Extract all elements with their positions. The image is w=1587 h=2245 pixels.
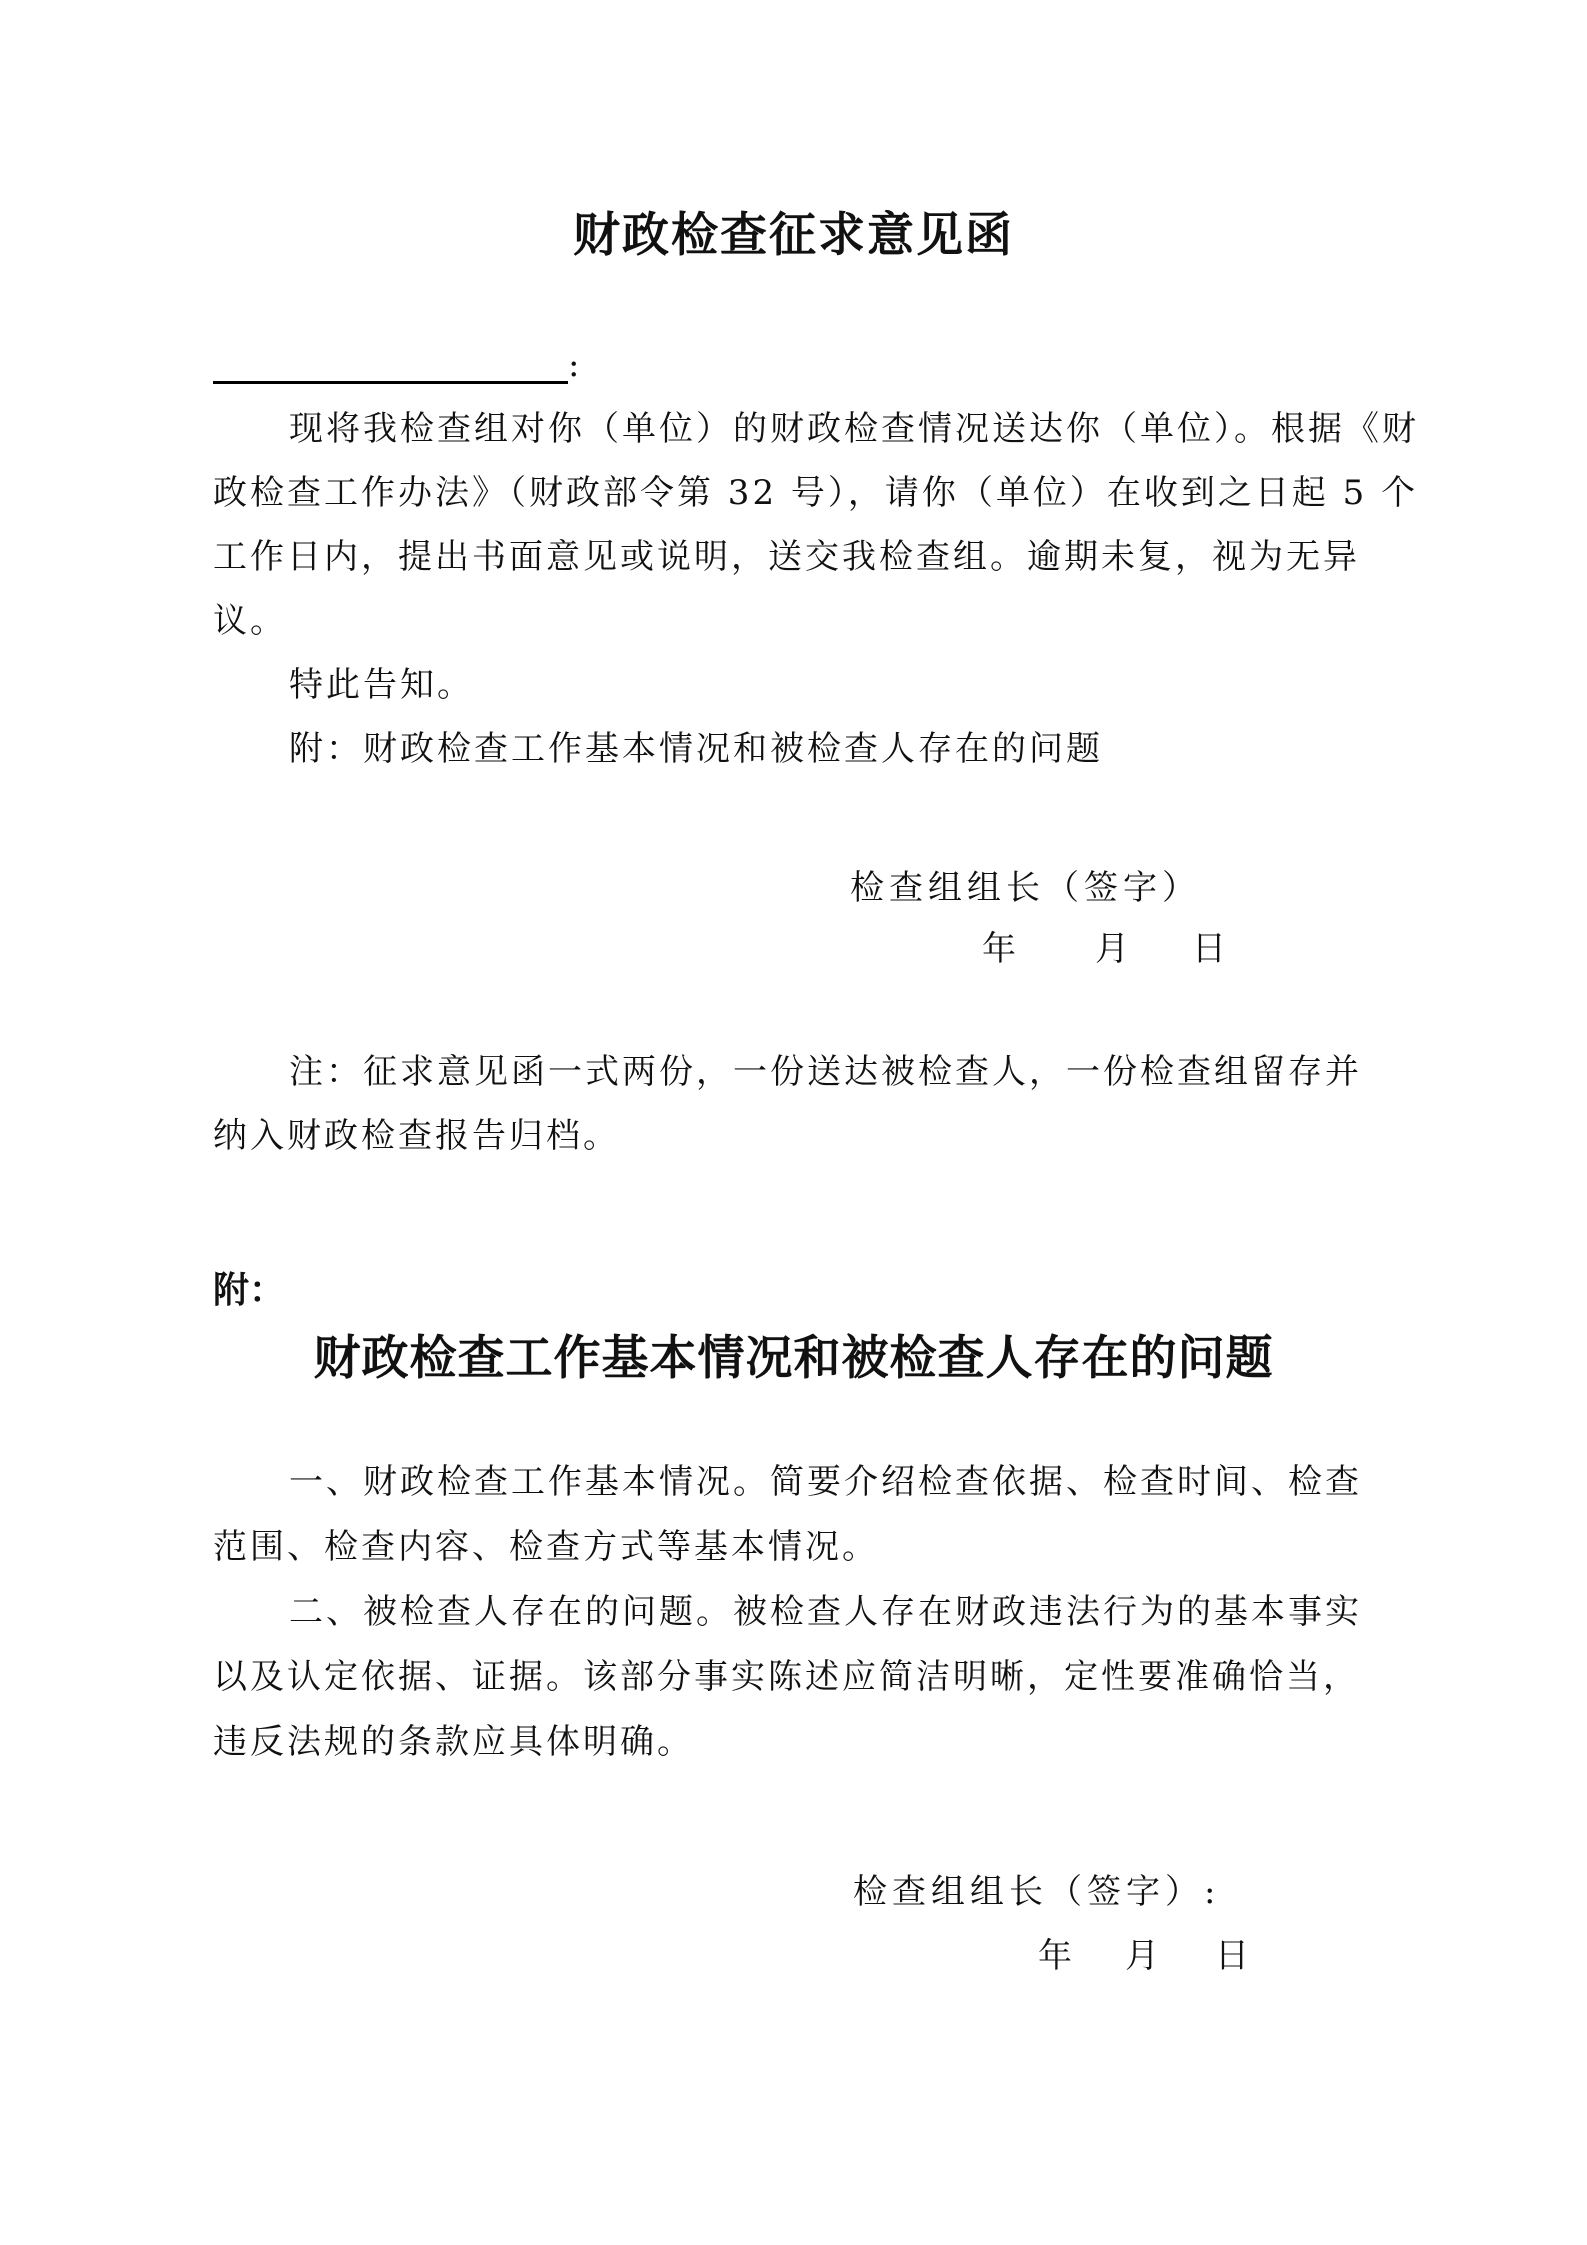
attachment-line: 附：财政检查工作基本情况和被检查人存在的问题 <box>289 732 1103 766</box>
appendix-year-label: 年 <box>1038 1928 1072 1977</box>
year-label: 年 <box>982 921 1016 970</box>
notice-text: 特此告知。 <box>289 668 474 702</box>
section2-line-3: 违反法规的条款应具体明确。 <box>213 1725 694 1759</box>
body-line-4: 议。 <box>213 604 287 638</box>
note-line-1: 注：征求意见函一式两份，一份送达被检查人，一份检查组留存并 <box>289 1055 1362 1089</box>
appendix-title: 财政检查工作基本情况和被检查人存在的问题 <box>0 1321 1587 1388</box>
month-label: 月 <box>1095 921 1129 970</box>
body-line-2: 政检查工作办法》（财政部令第 32 号），请你（单位）在收到之日起 5 个 <box>213 476 1418 510</box>
addressee-colon: : <box>568 345 579 385</box>
appendix-signature-label: 检查组组长（签字）: <box>853 1864 1220 1913</box>
body-line-3: 工作日内，提出书面意见或说明，送交我检查组。逾期未复，视为无异 <box>213 540 1360 574</box>
body-line-1: 现将我检查组对你（单位）的财政检查情况送达你（单位）。根据《财 <box>289 412 1419 446</box>
section2-line-2: 以及认定依据、证据。该部分事实陈述应简洁明晰，定性要准确恰当， <box>213 1660 1360 1694</box>
note-line-2: 纳入财政检查报告归档。 <box>213 1119 620 1153</box>
addressee-blank-line <box>213 381 568 384</box>
appendix-month-label: 月 <box>1125 1928 1159 1977</box>
document-title: 财政检查征求意见函 <box>0 198 1587 265</box>
section2-line-1: 二、被检查人存在的问题。被检查人存在财政违法行为的基本事实 <box>289 1595 1362 1629</box>
appendix-label: 附： <box>213 1262 285 1313</box>
section1-line-2: 范围、检查内容、检查方式等基本情况。 <box>213 1530 879 1564</box>
day-label: 日 <box>1192 921 1226 970</box>
appendix-day-label: 日 <box>1215 1928 1249 1977</box>
signature-label: 检查组组长（签字） <box>850 860 1201 909</box>
section1-line-1: 一、财政检查工作基本情况。简要介绍检查依据、检查时间、检查 <box>289 1465 1362 1499</box>
